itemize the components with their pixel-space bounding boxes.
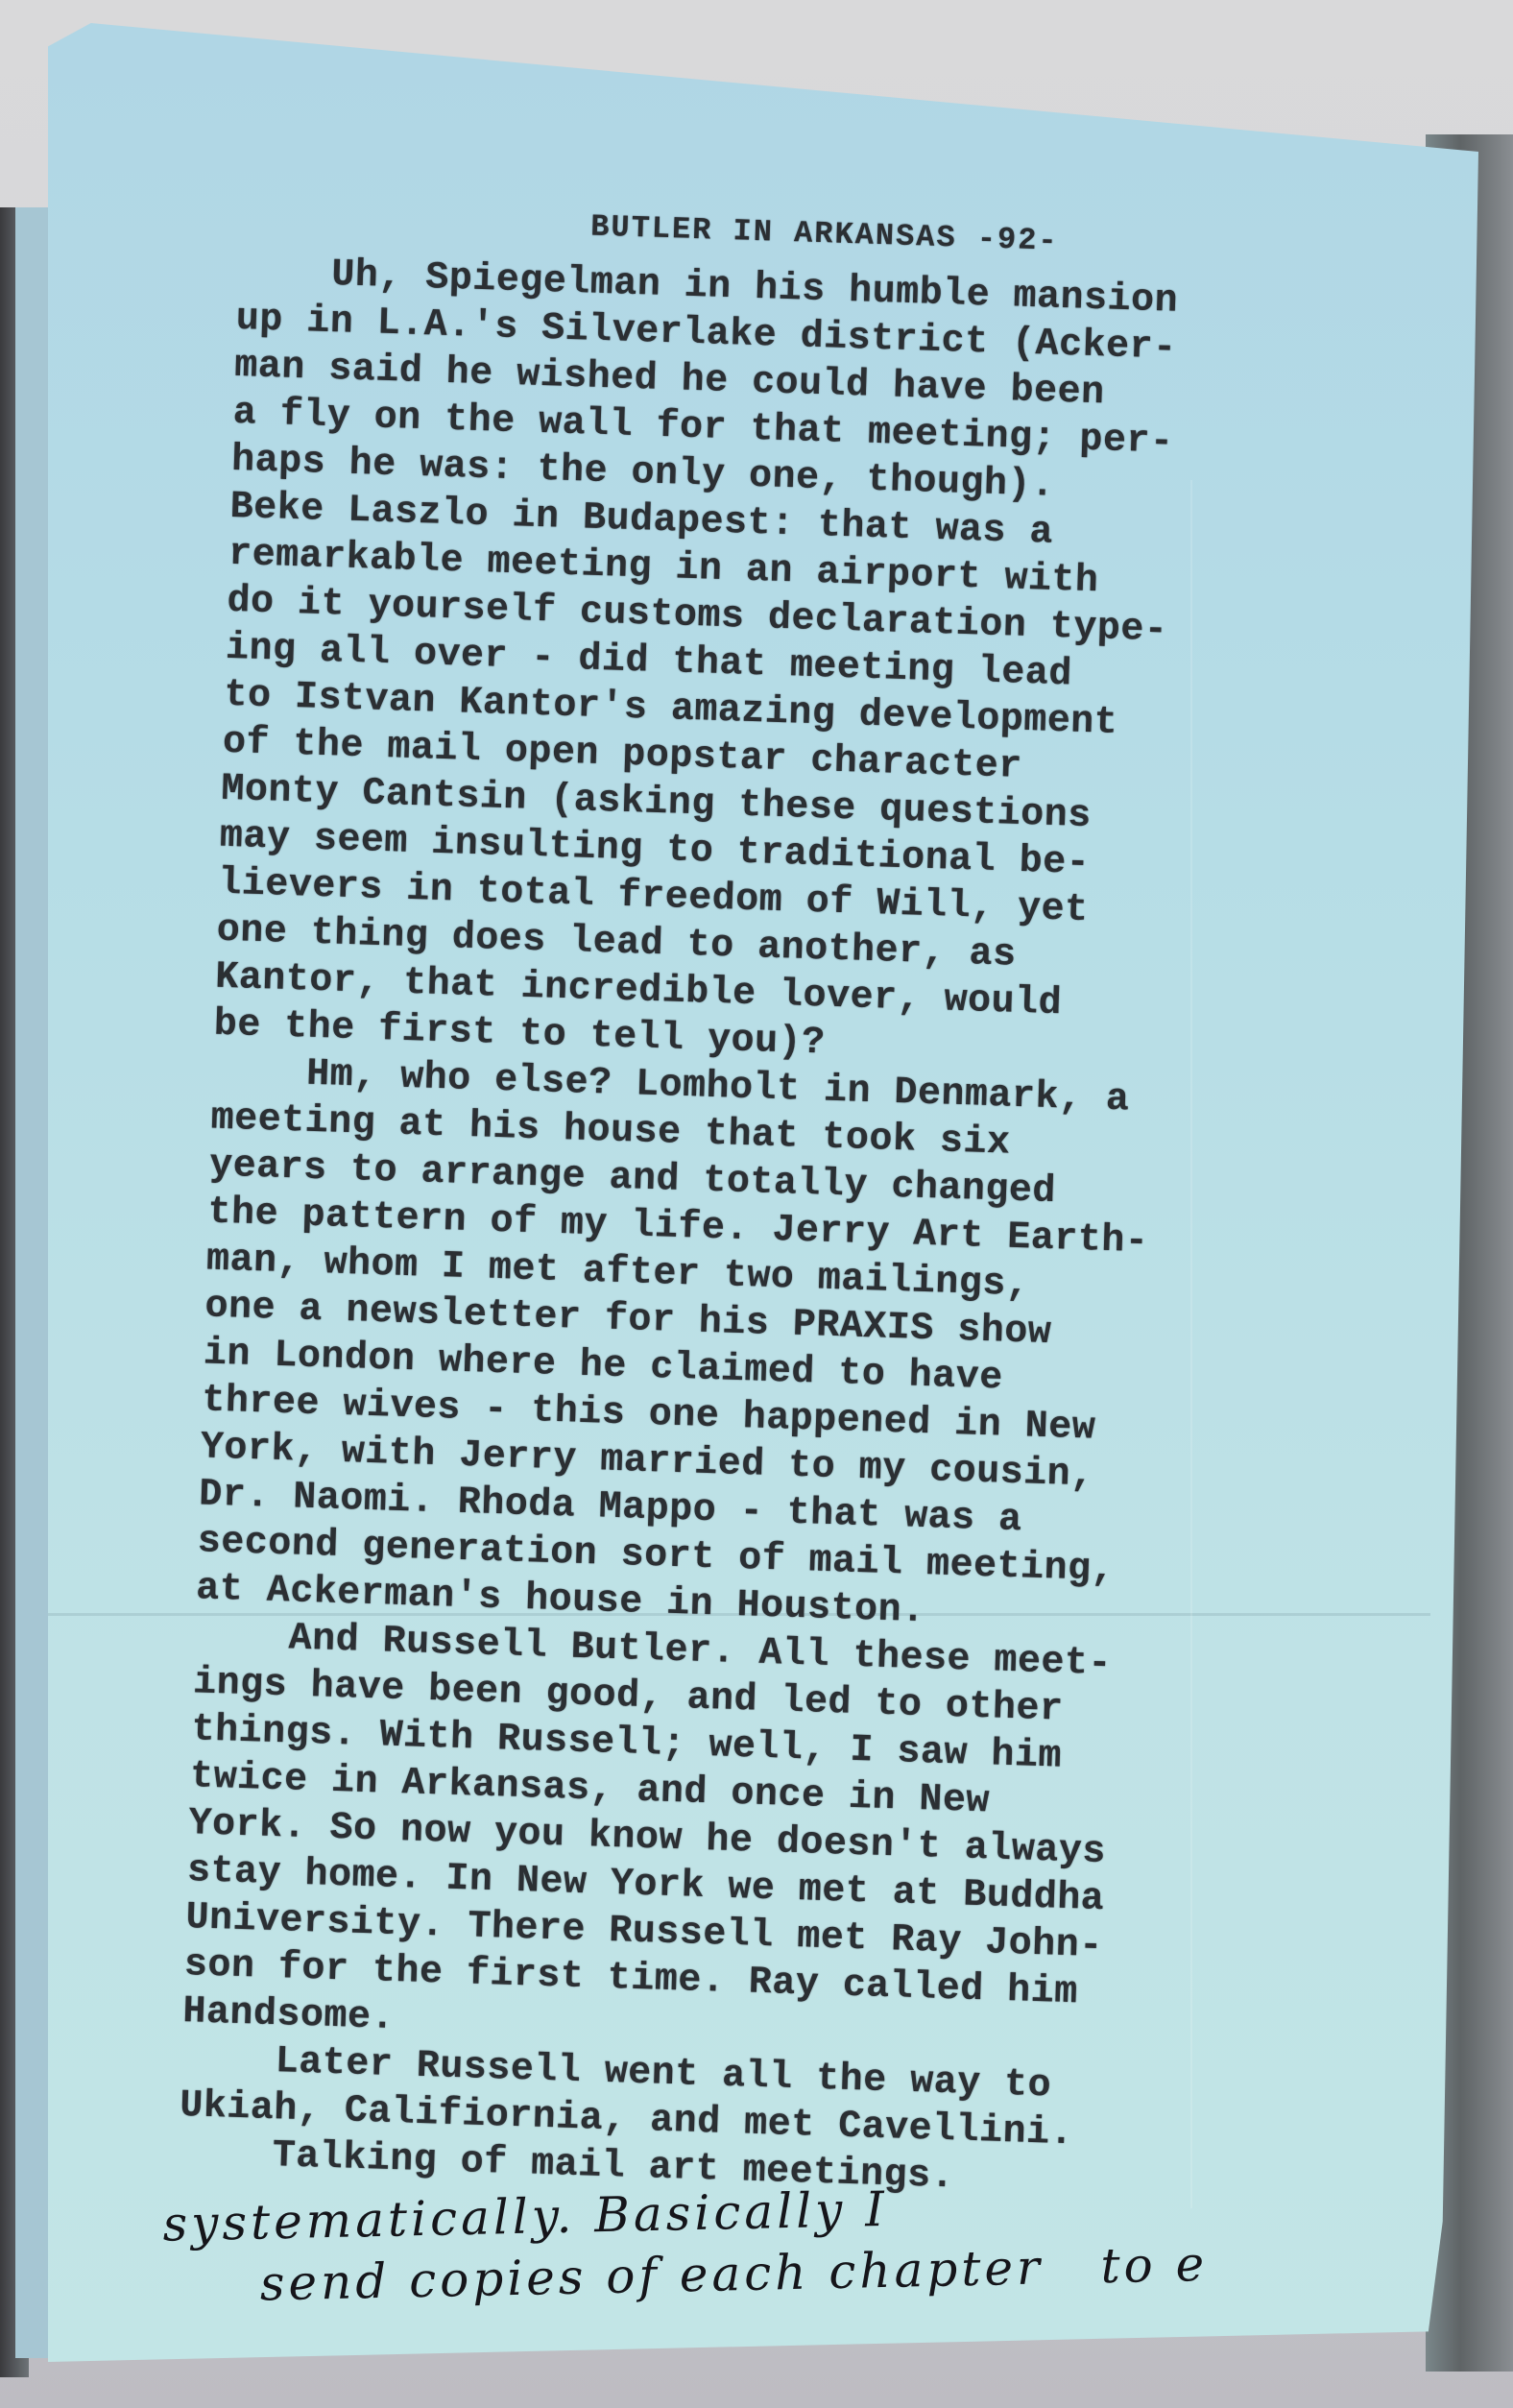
body-lines: Uh, Spiegelman in his humble mansionup i…	[178, 249, 1342, 2211]
typed-text-block: BUTLER IN ARKANSAS -92- Uh, Spiegelman i…	[178, 192, 1343, 2211]
